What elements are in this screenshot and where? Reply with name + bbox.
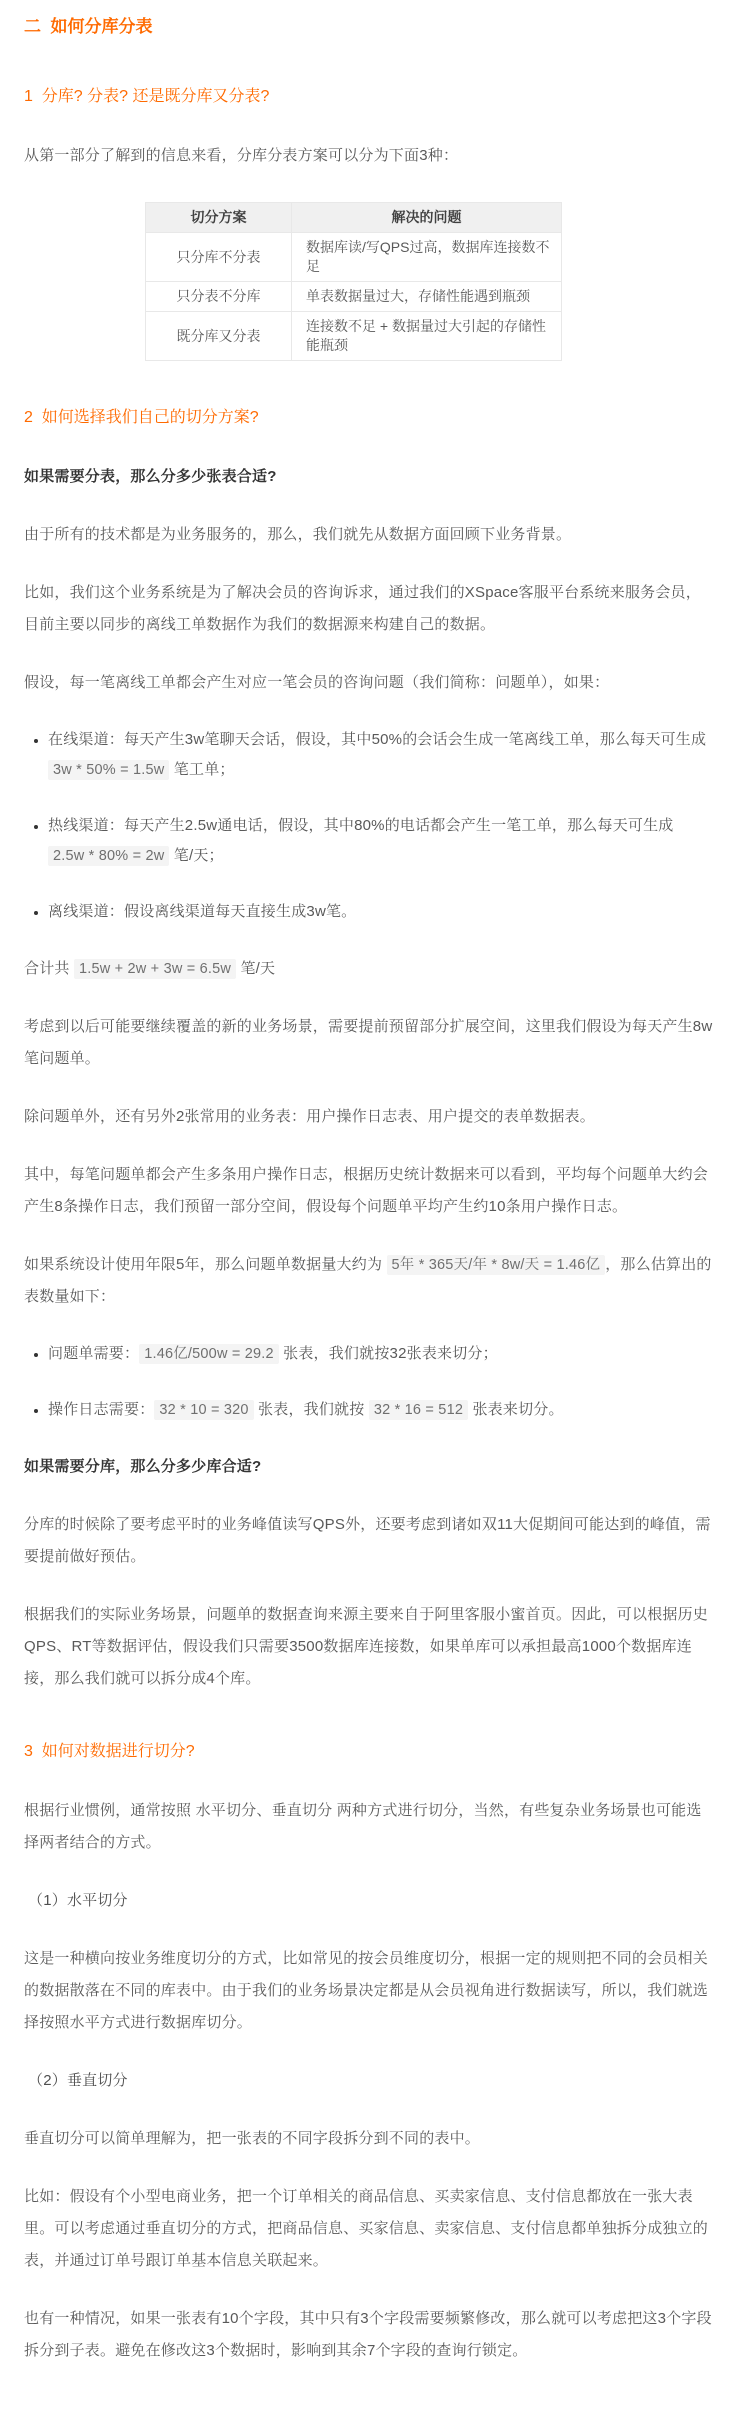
- paragraph: 根据我们的实际业务场景，问题单的数据查询来源主要来自于阿里客服小蜜首页。因此，可…: [24, 1599, 716, 1695]
- text-run: 热线渠道：每天产生2.5w通电话，假设，其中80%的电话都会产生一笔工单，那么每…: [48, 817, 674, 834]
- paragraph: 垂直切分可以简单理解为，把一张表的不同字段拆分到不同的表中。: [24, 2123, 716, 2155]
- text-run: 张表，我们就按32张表来切分；: [279, 1345, 498, 1362]
- paragraph: 根据行业惯例，通常按照 水平切分、垂直切分 两种方式进行切分，当然，有些复杂业务…: [24, 1795, 716, 1859]
- text-run: 笔/天: [236, 960, 275, 977]
- paragraph: 分库的时候除了要考虑平时的业务峰值读写QPS外，还要考虑到诸如双11大促期间可能…: [24, 1509, 716, 1573]
- text-run: 张表来切分。: [468, 1401, 564, 1418]
- list-item: 操作日志需要：32 * 10 = 320 张表，我们就按 32 * 16 = 5…: [48, 1395, 716, 1425]
- inline-code: 2.5w * 80% = 2w: [48, 846, 169, 866]
- table-header-cell: 切分方案: [146, 203, 292, 233]
- question-subheading: 如果需要分库，那么分多少库合适?: [24, 1451, 716, 1483]
- bullet-list: 在线渠道：每天产生3w笔聊天会话，假设，其中50%的会话会生成一笔离线工单，那么…: [24, 725, 716, 927]
- text-run: 笔工单；: [169, 761, 234, 778]
- article-title: 二 如何分库分表: [24, 14, 716, 40]
- text-run: 问题单需要：: [48, 1345, 139, 1362]
- sub-point-heading: （1）水平切分: [24, 1885, 716, 1917]
- text-run: 离线渠道：假设离线渠道每天直接生成3w笔。: [48, 903, 356, 920]
- paragraph: 比如，我们这个业务系统是为了解决会员的咨询诉求，通过我们的XSpace客服平台系…: [24, 577, 716, 641]
- table-head: 切分方案解决的问题: [146, 203, 562, 233]
- table-header-row: 切分方案解决的问题: [146, 203, 562, 233]
- paragraph: 其中，每笔问题单都会产生多条用户操作日志，根据历史统计数据来可以看到，平均每个问…: [24, 1159, 716, 1223]
- text-run: 分库的时候除了要考虑平时的业务峰值读写QPS外，还要考虑到诸如双11大促期间可能…: [24, 1516, 711, 1565]
- table-row: 只分库不分表数据库读/写QPS过高，数据库连接数不足: [146, 233, 562, 282]
- split-scheme-table: 切分方案解决的问题只分库不分表数据库读/写QPS过高，数据库连接数不足只分表不分…: [145, 202, 562, 361]
- table-body: 只分库不分表数据库读/写QPS过高，数据库连接数不足只分表不分库单表数据量过大，…: [146, 233, 562, 361]
- inline-code: 1.46亿/500w = 29.2: [139, 1344, 279, 1364]
- paragraph: 除问题单外，还有另外2张常用的业务表：用户操作日志表、用户提交的表单数据表。: [24, 1101, 716, 1133]
- text-run: 由于所有的技术都是为业务服务的，那么，我们就先从数据方面回顾下业务背景。: [24, 526, 571, 543]
- text-run: 比如，我们这个业务系统是为了解决会员的咨询诉求，通过我们的XSpace客服平台系…: [24, 584, 701, 633]
- table-cell: 只分表不分库: [146, 282, 292, 312]
- paragraph: 这是一种横向按业务维度切分的方式，比如常见的按会员维度切分，根据一定的规则把不同…: [24, 1943, 716, 2039]
- paragraph: 也有一种情况，如果一张表有10个字段，其中只有3个字段需要频繁修改，那么就可以考…: [24, 2303, 716, 2367]
- text-run: （1）水平切分: [28, 1892, 128, 1909]
- text-run: 其中，每笔问题单都会产生多条用户操作日志，根据历史统计数据来可以看到，平均每个问…: [24, 1166, 708, 1215]
- list-item: 离线渠道：假设离线渠道每天直接生成3w笔。: [48, 897, 716, 927]
- text-run: 张表，我们就按: [254, 1401, 369, 1418]
- section-heading: 2 如何选择我们自己的切分方案?: [24, 405, 716, 431]
- text-run: 这是一种横向按业务维度切分的方式，比如常见的按会员维度切分，根据一定的规则把不同…: [24, 1950, 708, 2031]
- inline-code: 32 * 10 = 320: [154, 1400, 253, 1420]
- paragraph: 比如：假设有个小型电商业务，把一个订单相关的商品信息、买卖家信息、支付信息都放在…: [24, 2181, 716, 2277]
- page: { "colors": { "accent_orange": "#ff6a00"…: [0, 0, 740, 2419]
- inline-code: 5年 * 365天/年 * 8w/天 = 1.46亿: [387, 1255, 606, 1275]
- article: 二 如何分库分表1 分库? 分表? 还是既分库又分表?从第一部分了解到的信息来看…: [0, 0, 740, 2419]
- list-item: 热线渠道：每天产生2.5w通电话，假设，其中80%的电话都会产生一笔工单，那么每…: [48, 811, 716, 871]
- table-cell: 连接数不足 + 数据量过大引起的存储性能瓶颈: [292, 312, 562, 361]
- table-cell: 单表数据量过大，存储性能遇到瓶颈: [292, 282, 562, 312]
- text-run: 也有一种情况，如果一张表有10个字段，其中只有3个字段需要频繁修改，那么就可以考…: [24, 2310, 712, 2359]
- text-run: 在线渠道：每天产生3w笔聊天会话，假设，其中50%的会话会生成一笔离线工单，那么…: [48, 731, 706, 748]
- paragraph: 从第一部分了解到的信息来看，分库分表方案可以分为下面3种：: [24, 140, 716, 172]
- text-run: 垂直切分可以简单理解为，把一张表的不同字段拆分到不同的表中。: [24, 2130, 480, 2147]
- list-item: 在线渠道：每天产生3w笔聊天会话，假设，其中50%的会话会生成一笔离线工单，那么…: [48, 725, 716, 785]
- paragraph: 由于所有的技术都是为业务服务的，那么，我们就先从数据方面回顾下业务背景。: [24, 519, 716, 551]
- paragraph: 考虑到以后可能要继续覆盖的新的业务场景，需要提前预留部分扩展空间，这里我们假设为…: [24, 1011, 716, 1075]
- inline-code: 1.5w + 2w + 3w = 6.5w: [74, 959, 236, 979]
- table-cell: 只分库不分表: [146, 233, 292, 282]
- text-run: 如果系统设计使用年限5年，那么问题单数据量大约为: [24, 1256, 387, 1273]
- paragraph: 如果系统设计使用年限5年，那么问题单数据量大约为 5年 * 365天/年 * 8…: [24, 1249, 716, 1313]
- table-row: 既分库又分表连接数不足 + 数据量过大引起的存储性能瓶颈: [146, 312, 562, 361]
- paragraph: 合计共 1.5w + 2w + 3w = 6.5w 笔/天: [24, 953, 716, 985]
- text-run: 从第一部分了解到的信息来看，分库分表方案可以分为下面3种：: [24, 147, 458, 164]
- table-header-cell: 解决的问题: [292, 203, 562, 233]
- text-run: 操作日志需要：: [48, 1401, 154, 1418]
- text-run: 如果需要分库，那么分多少库合适?: [24, 1458, 261, 1475]
- question-subheading: 如果需要分表，那么分多少张表合适?: [24, 461, 716, 493]
- text-run: 合计共: [24, 960, 74, 977]
- text-run: 除问题单外，还有另外2张常用的业务表：用户操作日志表、用户提交的表单数据表。: [24, 1108, 595, 1125]
- section-heading: 1 分库? 分表? 还是既分库又分表?: [24, 84, 716, 110]
- table-row: 只分表不分库单表数据量过大，存储性能遇到瓶颈: [146, 282, 562, 312]
- text-run: 根据行业惯例，通常按照 水平切分、垂直切分 两种方式进行切分，当然，有些复杂业务…: [24, 1802, 702, 1851]
- sub-point-heading: （2）垂直切分: [24, 2065, 716, 2097]
- inline-code: 3w * 50% = 1.5w: [48, 760, 169, 780]
- table-cell: 既分库又分表: [146, 312, 292, 361]
- list-item: 问题单需要：1.46亿/500w = 29.2 张表，我们就按32张表来切分；: [48, 1339, 716, 1369]
- section-heading: 3 如何对数据进行切分?: [24, 1739, 716, 1765]
- text-run: 根据我们的实际业务场景，问题单的数据查询来源主要来自于阿里客服小蜜首页。因此，可…: [24, 1606, 708, 1687]
- paragraph: 假设，每一笔离线工单都会产生对应一笔会员的咨询问题（我们简称：问题单），如果：: [24, 667, 716, 699]
- bullet-list: 问题单需要：1.46亿/500w = 29.2 张表，我们就按32张表来切分；操…: [24, 1339, 716, 1425]
- text-run: （2）垂直切分: [28, 2072, 128, 2089]
- text-run: 考虑到以后可能要继续覆盖的新的业务场景，需要提前预留部分扩展空间，这里我们假设为…: [24, 1018, 712, 1067]
- text-run: 笔/天；: [169, 847, 223, 864]
- text-run: 比如：假设有个小型电商业务，把一个订单相关的商品信息、买卖家信息、支付信息都放在…: [24, 2188, 708, 2269]
- text-run: 如果需要分表，那么分多少张表合适?: [24, 468, 277, 485]
- table-cell: 数据库读/写QPS过高，数据库连接数不足: [292, 233, 562, 282]
- inline-code: 32 * 16 = 512: [369, 1400, 468, 1420]
- text-run: 假设，每一笔离线工单都会产生对应一笔会员的咨询问题（我们简称：问题单），如果：: [24, 674, 609, 691]
